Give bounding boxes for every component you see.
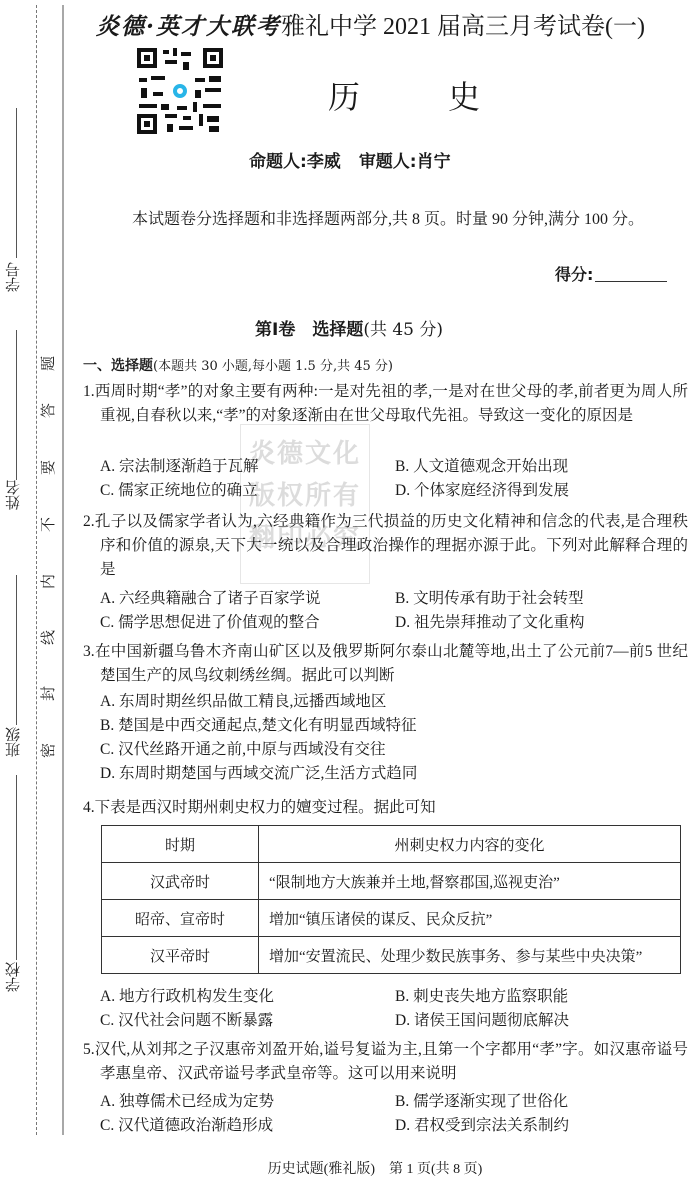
option-d[interactable]: D. 君权受到宗法关系制约 xyxy=(395,1114,690,1138)
qr-code-icon[interactable] xyxy=(137,48,223,134)
binding-margin: 学号 姓名 班级 学校 题 答 要 不 内 线 封 密 xyxy=(0,0,64,1190)
subject-title: 历 史 xyxy=(328,72,360,118)
table-row: 昭帝、宣帝时 增加“镇压诸侯的谋反、民众反抗” xyxy=(102,900,681,937)
question-4-options: A. 地方行政机构发生变化B. 刺史丧失地方监察职能 C. 汉代社会问题不断暴露… xyxy=(100,985,690,1033)
setter-name: 李威 xyxy=(307,152,341,172)
part-title: 第Ⅰ卷 选择题(共 45 分) xyxy=(255,315,443,340)
field-label-class: 班级 xyxy=(6,727,20,757)
question-4: 4.下表是西汉时期州刺史权力的嬗变过程。据此可知 xyxy=(83,796,688,820)
part-title-points: (共 45 分) xyxy=(363,320,443,340)
option-b[interactable]: B. 儒学逐渐实现了世俗化 xyxy=(395,1090,690,1114)
name-fill-line[interactable] xyxy=(16,330,17,480)
question-stem: 4.下表是西汉时期州刺史权力的嬗变过程。据此可知 xyxy=(83,796,688,820)
table-row: 汉武帝时 “限制地方大族兼并土地,督察郡国,巡视吏治” xyxy=(102,863,681,900)
app-logo-icon xyxy=(170,81,190,101)
subject-char: 历 xyxy=(328,78,360,116)
question-3-options: A. 东周时期丝织品做工精良,远播西域地区 B. 楚国是中西交通起点,楚文化有明… xyxy=(100,690,690,786)
score-blank[interactable] xyxy=(595,281,667,282)
setter-label: 命题人: xyxy=(249,152,307,172)
prefect-power-table: 时期 州刺史权力内容的变化 汉武帝时 “限制地方大族兼并土地,督察郡国,巡视吏治… xyxy=(101,825,681,974)
question-stem: 1.西周时期“孝”的对象主要有两种:一是对先祖的孝,一是对在世父母的孝,前者更为… xyxy=(83,380,688,428)
page-footer: 历史试题(雅礼版) 第 1 页(共 8 页) xyxy=(0,1158,700,1178)
period-cell: 汉平帝时 xyxy=(102,937,259,974)
field-label-student-id: 学号 xyxy=(6,262,20,292)
option-d[interactable]: D. 祖先崇拜推动了文化重构 xyxy=(395,611,690,635)
table-header-row: 时期 州刺史权力内容的变化 xyxy=(102,826,681,863)
question-5-options: A. 独尊儒术已经成为定势B. 儒学逐渐实现了世俗化 C. 汉代道德政治渐趋形成… xyxy=(100,1090,690,1138)
option-b[interactable]: B. 文明传承有助于社会转型 xyxy=(395,587,690,611)
question-stem: 5.汉代,从刘邦之子汉惠帝刘盈开始,谥号复谥为主,且第一个字都用“孝”字。如汉惠… xyxy=(83,1038,688,1086)
margin-border-line xyxy=(62,5,64,1135)
qr-finder xyxy=(137,114,157,134)
power-cell: “限制地方大族兼并土地,督察郡国,巡视吏治” xyxy=(259,863,681,900)
option-b[interactable]: B. 刺史丧失地方监察职能 xyxy=(395,985,690,1009)
table-row: 汉平帝时 增加“安置流民、处理少数民族事务、参与某些中央决策” xyxy=(102,937,681,974)
school-fill-line[interactable] xyxy=(16,775,17,960)
exam-instructions: 本试题卷分选择题和非选择题两部分,共 8 页。时量 90 分钟,满分 100 分… xyxy=(100,206,685,234)
seal-dashed-line xyxy=(36,5,37,1135)
column-header: 时期 xyxy=(102,826,259,863)
option-c[interactable]: C. 汉代社会问题不断暴露 xyxy=(100,1009,395,1033)
part-title-main: 第Ⅰ卷 选择题 xyxy=(255,320,363,340)
question-2-options: A. 六经典籍融合了诸子百家学说B. 文明传承有助于社会转型 C. 儒学思想促进… xyxy=(100,587,690,635)
option-b[interactable]: B. 楚国是中西交通起点,楚文化有明显西域特征 xyxy=(100,714,690,738)
power-cell: 增加“镇压诸侯的谋反、民众反抗” xyxy=(259,900,681,937)
student-id-fill-line[interactable] xyxy=(16,108,17,258)
option-d[interactable]: D. 诸侯王国问题彻底解决 xyxy=(395,1009,690,1033)
section-note: (本题共 30 小题,每小题 1.5 分,共 45 分) xyxy=(153,359,393,374)
option-b[interactable]: B. 人文道德观念开始出现 xyxy=(395,455,690,479)
exam-title: 炎德·英才大联考雅礼中学 2021 届高三月考试卷(一) xyxy=(96,6,645,41)
score-field: 得分: xyxy=(555,262,667,285)
reviewer-label: 审题人: xyxy=(359,152,417,172)
option-a[interactable]: A. 东周时期丝织品做工精良,远播西域地区 xyxy=(100,690,690,714)
option-d[interactable]: D. 个体家庭经济得到发展 xyxy=(395,479,690,503)
option-a[interactable]: A. 六经典籍融合了诸子百家学说 xyxy=(100,587,395,611)
option-a[interactable]: A. 独尊儒术已经成为定势 xyxy=(100,1090,395,1114)
power-cell: 增加“安置流民、处理少数民族事务、参与某些中央决策” xyxy=(259,937,681,974)
section-heading: 一、选择题(本题共 30 小题,每小题 1.5 分,共 45 分) xyxy=(83,355,393,375)
option-a[interactable]: A. 宗法制逐渐趋于瓦解 xyxy=(100,455,395,479)
field-label-name: 姓名 xyxy=(6,480,20,510)
qr-finder xyxy=(203,48,223,68)
period-cell: 汉武帝时 xyxy=(102,863,259,900)
authors-line: 命题人:李威审题人:肖宁 xyxy=(249,147,451,172)
brand-name: 炎德·英才大联考 xyxy=(96,13,281,40)
subject-char: 史 xyxy=(448,72,480,118)
question-3: 3.在中国新疆乌鲁木齐南山矿区以及俄罗斯阿尔泰山北麓等地,出土了公元前7—前5 … xyxy=(83,640,688,688)
period-cell: 昭帝、宣帝时 xyxy=(102,900,259,937)
option-c[interactable]: C. 儒家正统地位的确立 xyxy=(100,479,395,503)
option-d[interactable]: D. 东周时期楚国与西域交流广泛,生活方式趋同 xyxy=(100,762,690,786)
score-label: 得分: xyxy=(555,265,593,284)
question-1-options: A. 宗法制逐渐趋于瓦解B. 人文道德观念开始出现 C. 儒家正统地位的确立D.… xyxy=(100,455,690,503)
qr-finder xyxy=(137,48,157,68)
question-1: 1.西周时期“孝”的对象主要有两种:一是对先祖的孝,一是对在世父母的孝,前者更为… xyxy=(83,380,688,428)
question-2: 2.孔子以及儒家学者认为,六经典籍作为三代损益的历史文化精神和信念的代表,是合理… xyxy=(83,510,688,582)
question-stem: 3.在中国新疆乌鲁木齐南山矿区以及俄罗斯阿尔泰山北麓等地,出土了公元前7—前5 … xyxy=(83,640,688,688)
field-label-school: 学校 xyxy=(6,962,20,992)
question-5: 5.汉代,从刘邦之子汉惠帝刘盈开始,谥号复谥为主,且第一个字都用“孝”字。如汉惠… xyxy=(83,1038,688,1086)
section-title: 一、选择题 xyxy=(83,358,153,374)
reviewer-name: 肖宁 xyxy=(417,152,451,172)
option-c[interactable]: C. 儒学思想促进了价值观的整合 xyxy=(100,611,395,635)
option-a[interactable]: A. 地方行政机构发生变化 xyxy=(100,985,395,1009)
option-c[interactable]: C. 汉代道德政治渐趋形成 xyxy=(100,1114,395,1138)
exam-name: 雅礼中学 2021 届高三月考试卷(一) xyxy=(281,14,645,40)
question-stem: 2.孔子以及儒家学者认为,六经典籍作为三代损益的历史文化精神和信念的代表,是合理… xyxy=(83,510,688,582)
option-c[interactable]: C. 汉代丝路开通之前,中原与西域没有交往 xyxy=(100,738,690,762)
class-fill-line[interactable] xyxy=(16,575,17,725)
column-header: 州刺史权力内容的变化 xyxy=(259,826,681,863)
